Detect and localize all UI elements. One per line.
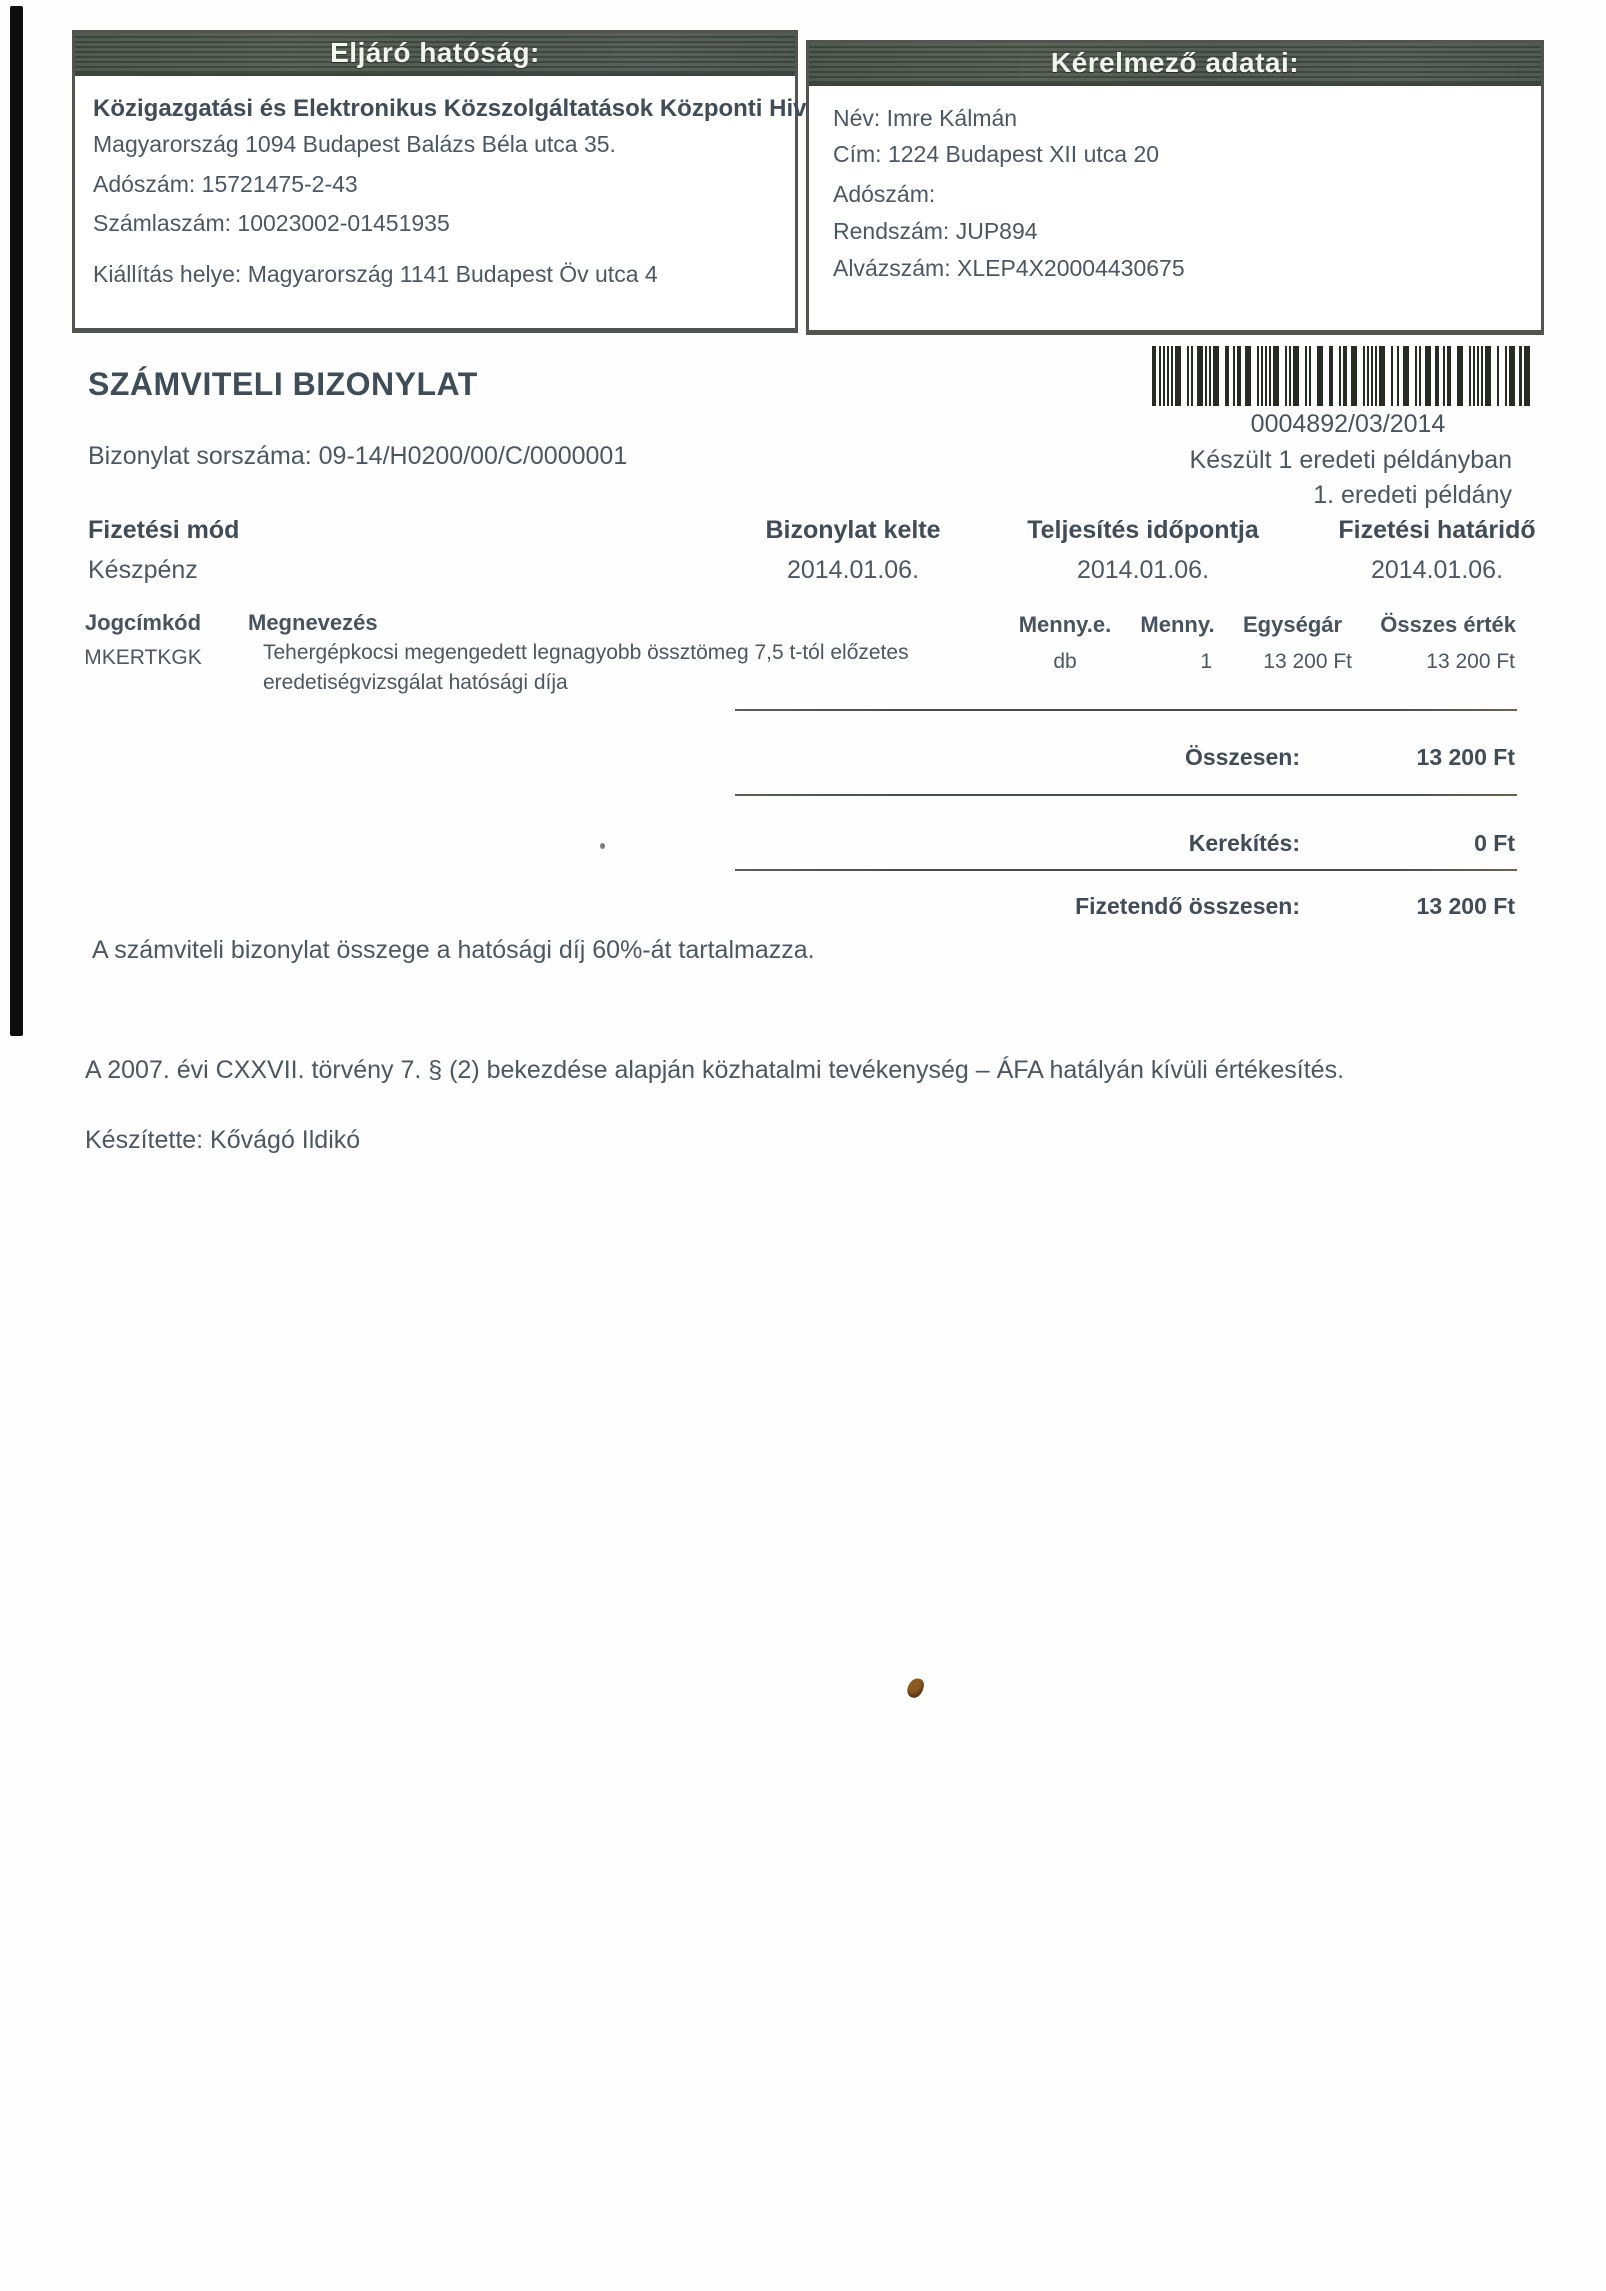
fulfillment-date-value: 2014.01.06.	[1018, 556, 1268, 585]
authority-account-number: Számlaszám: 10023002-01451935	[93, 210, 450, 237]
scan-artifact-left-strip	[10, 6, 23, 1036]
vat-note: A 2007. évi CXXVII. törvény 7. § (2) bek…	[85, 1056, 1344, 1085]
payable-value: 13 200 Ft	[1355, 893, 1515, 920]
applicant-tax-number: Adószám:	[833, 181, 935, 208]
applicant-box: Kérelmező adatai: Név: Imre Kálmán Cím: …	[806, 40, 1544, 335]
col-header-code: Jogcímkód	[68, 610, 218, 636]
authority-address: Magyarország 1094 Budapest Balázs Béla u…	[93, 131, 616, 158]
item-unit-price: 13 200 Ft	[1220, 650, 1352, 674]
payment-method-label: Fizetési mód	[88, 516, 239, 545]
authority-issue-place: Kiállítás helye: Magyarország 1141 Budap…	[93, 261, 658, 288]
totals-divider-2	[735, 794, 1517, 796]
authority-box-header: Eljáró hatóság:	[75, 33, 795, 76]
applicant-plate-number: Rendszám: JUP894	[833, 218, 1038, 245]
payment-method-value: Készpénz	[88, 556, 198, 585]
col-header-total-value: Összes érték	[1366, 612, 1516, 638]
payment-deadline-value: 2014.01.06.	[1322, 556, 1552, 585]
rounding-value: 0 Ft	[1355, 830, 1515, 857]
authority-box-title: Eljáró hatóság:	[330, 37, 540, 69]
scan-artifact-speck	[905, 1676, 925, 1700]
prepared-by: Készítette: Kővágó Ildikó	[85, 1126, 360, 1155]
applicant-address: Cím: 1224 Budapest XII utca 20	[833, 141, 1159, 168]
scanned-document-page: Eljáró hatóság: Közigazgatási és Elektro…	[0, 0, 1606, 2291]
col-header-unit: Menny.e.	[1000, 612, 1130, 638]
applicant-box-header: Kérelmező adatai:	[809, 43, 1541, 86]
col-header-description: Megnevezés	[248, 610, 378, 636]
copies-line-1: Készült 1 eredeti példányban	[900, 446, 1512, 475]
authority-box: Eljáró hatóság: Közigazgatási és Elektro…	[72, 30, 798, 333]
payable-label: Fizetendő összesen:	[1000, 893, 1300, 920]
applicant-chassis-number: Alvázszám: XLEP4X20004430675	[833, 255, 1185, 282]
item-description: Tehergépkocsi megengedett legnagyobb öss…	[263, 638, 975, 698]
barcode-value: 0004892/03/2014	[1152, 410, 1544, 439]
item-code: MKERTKGK	[68, 646, 218, 670]
barcode	[1152, 346, 1544, 406]
col-header-unit-price: Egységár	[1243, 612, 1342, 638]
col-header-quantity: Menny.	[1130, 612, 1225, 638]
subtotal-label: Összesen:	[1000, 744, 1300, 771]
applicant-name: Név: Imre Kálmán	[833, 105, 1017, 132]
authority-name: Közigazgatási és Elektronikus Közszolgál…	[93, 95, 861, 123]
subtotal-value: 13 200 Ft	[1355, 744, 1515, 771]
payment-deadline-label: Fizetési határidő	[1322, 516, 1552, 545]
copies-line-2: 1. eredeti példány	[900, 481, 1512, 510]
document-title: SZÁMVITELI BIZONYLAT	[88, 366, 478, 403]
item-total-value: 13 200 Ft	[1355, 650, 1515, 674]
rounding-label: Kerekítés:	[1000, 830, 1300, 857]
fee-note: A számviteli bizonylat összege a hatóság…	[92, 936, 815, 965]
doc-date-label: Bizonylat kelte	[753, 516, 953, 545]
document-serial: Bizonylat sorszáma: 09-14/H0200/00/C/000…	[88, 442, 627, 471]
item-quantity: 1	[1130, 650, 1212, 674]
doc-date-value: 2014.01.06.	[753, 556, 953, 585]
item-unit: db	[1000, 650, 1130, 674]
applicant-box-title: Kérelmező adatai:	[1051, 47, 1299, 79]
scan-artifact-dot	[600, 843, 605, 849]
fulfillment-date-label: Teljesítés időpontja	[1018, 516, 1268, 545]
totals-divider-3	[735, 869, 1517, 871]
totals-divider-1	[735, 709, 1517, 711]
authority-tax-number: Adószám: 15721475-2-43	[93, 171, 358, 198]
